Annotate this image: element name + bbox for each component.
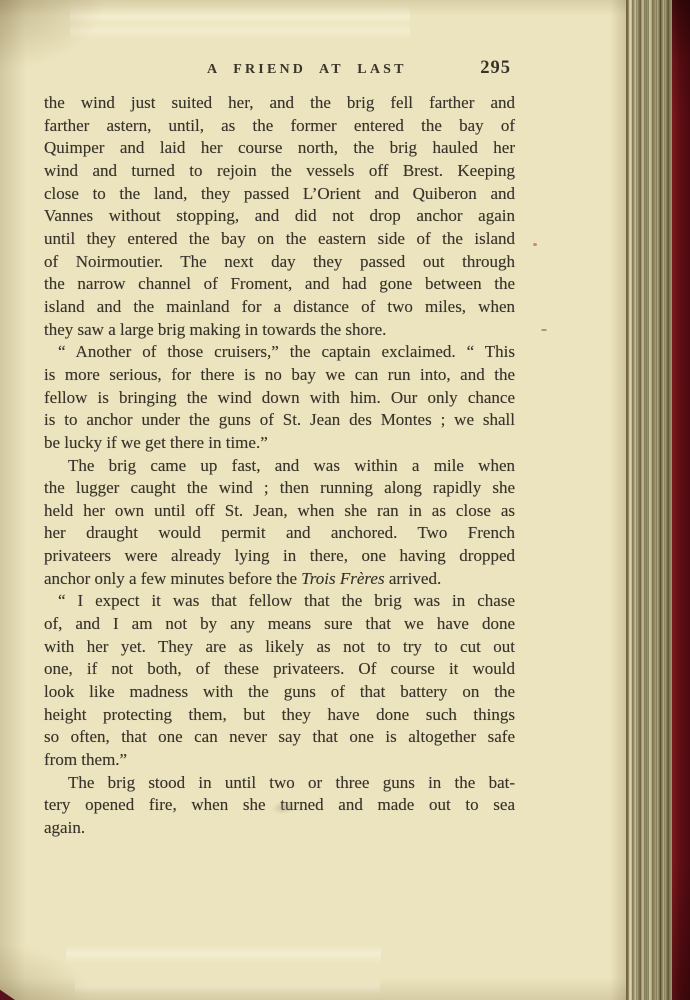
paragraph: the wind just suited her, and the brig f… xyxy=(44,92,515,341)
text-line: anchor only a few minutes before the Tro… xyxy=(44,568,515,591)
text-line: the narrow channel of Froment, and had g… xyxy=(44,273,515,296)
page-fore-edge xyxy=(626,0,672,1000)
text-line: from them.” xyxy=(44,749,515,772)
text-line: is more serious, for there is no bay we … xyxy=(44,364,515,387)
text-segment: arrived. xyxy=(385,569,442,588)
text-line: The brig stood in until two or three gun… xyxy=(44,772,515,795)
page-header: A FRIEND AT LAST 295 xyxy=(44,61,515,83)
text-line: the wind just suited her, and the brig f… xyxy=(44,92,515,115)
text-line: with her yet. They are as likely as not … xyxy=(44,636,515,659)
text-line: “ Another of those cruisers,” the captai… xyxy=(44,341,515,364)
text-line: her draught would permit and anchored. T… xyxy=(44,522,515,545)
paragraph: “ Another of those cruisers,” the captai… xyxy=(44,341,515,454)
text-segment: anchor only a few minutes before the xyxy=(44,569,301,588)
text-line: farther astern, until, as the former ent… xyxy=(44,115,515,138)
page-number: 295 xyxy=(480,58,511,79)
text-line: Vannes without stopping, and did not dro… xyxy=(44,205,515,228)
book-cover-edge xyxy=(672,0,690,1000)
cover-corner xyxy=(0,988,15,1000)
text-line: wind and turned to rejoin the vessels of… xyxy=(44,160,515,183)
scan-streak xyxy=(75,978,380,995)
text-line: The brig came up fast, and was within a … xyxy=(44,455,515,478)
text-line: the lugger caught the wind ; then runnin… xyxy=(44,477,515,500)
text-line: be lucky if we get there in time.” xyxy=(44,432,515,455)
ship-name-italic: Trois Frères xyxy=(301,569,384,588)
text-line: they saw a large brig making in towards … xyxy=(44,319,515,342)
text-block: the wind just suited her, and the brig f… xyxy=(44,92,515,840)
text-line: privateers were already lying in there, … xyxy=(44,545,515,568)
book-page-scan: A FRIEND AT LAST 295 the wind just suite… xyxy=(0,0,690,1000)
foxing-spot xyxy=(541,329,547,331)
paragraph: The brig came up fast, and was within a … xyxy=(44,455,515,591)
text-line: so often, that one can never say that on… xyxy=(44,726,515,749)
scan-streak xyxy=(66,944,381,964)
text-line: of Noirmoutier. The next day they passed… xyxy=(44,251,515,274)
text-line: Quimper and laid her course north, the b… xyxy=(44,137,515,160)
running-title: A FRIEND AT LAST xyxy=(207,62,407,78)
text-line: height protecting them, but they have do… xyxy=(44,704,515,727)
text-line: close to the land, they passed L’Orient … xyxy=(44,183,515,206)
paragraph: “ I expect it was that fellow that the b… xyxy=(44,590,515,771)
text-line: fellow is bringing the wind down with hi… xyxy=(44,387,515,410)
text-line: look like madness with the guns of that … xyxy=(44,681,515,704)
text-line: again. xyxy=(44,817,515,840)
text-line: until they entered the bay on the easter… xyxy=(44,228,515,251)
text-line: island and the mainland for a distance o… xyxy=(44,296,515,319)
text-line: of, and I am not by any means sure that … xyxy=(44,613,515,636)
text-line: “ I expect it was that fellow that the b… xyxy=(44,590,515,613)
text-line: is to anchor under the guns of St. Jean … xyxy=(44,409,515,432)
text-line: one, if not both, of these privateers. O… xyxy=(44,658,515,681)
text-line: held her own until off St. Jean, when sh… xyxy=(44,500,515,523)
scan-streak xyxy=(70,4,410,40)
foxing-spot xyxy=(533,243,537,246)
